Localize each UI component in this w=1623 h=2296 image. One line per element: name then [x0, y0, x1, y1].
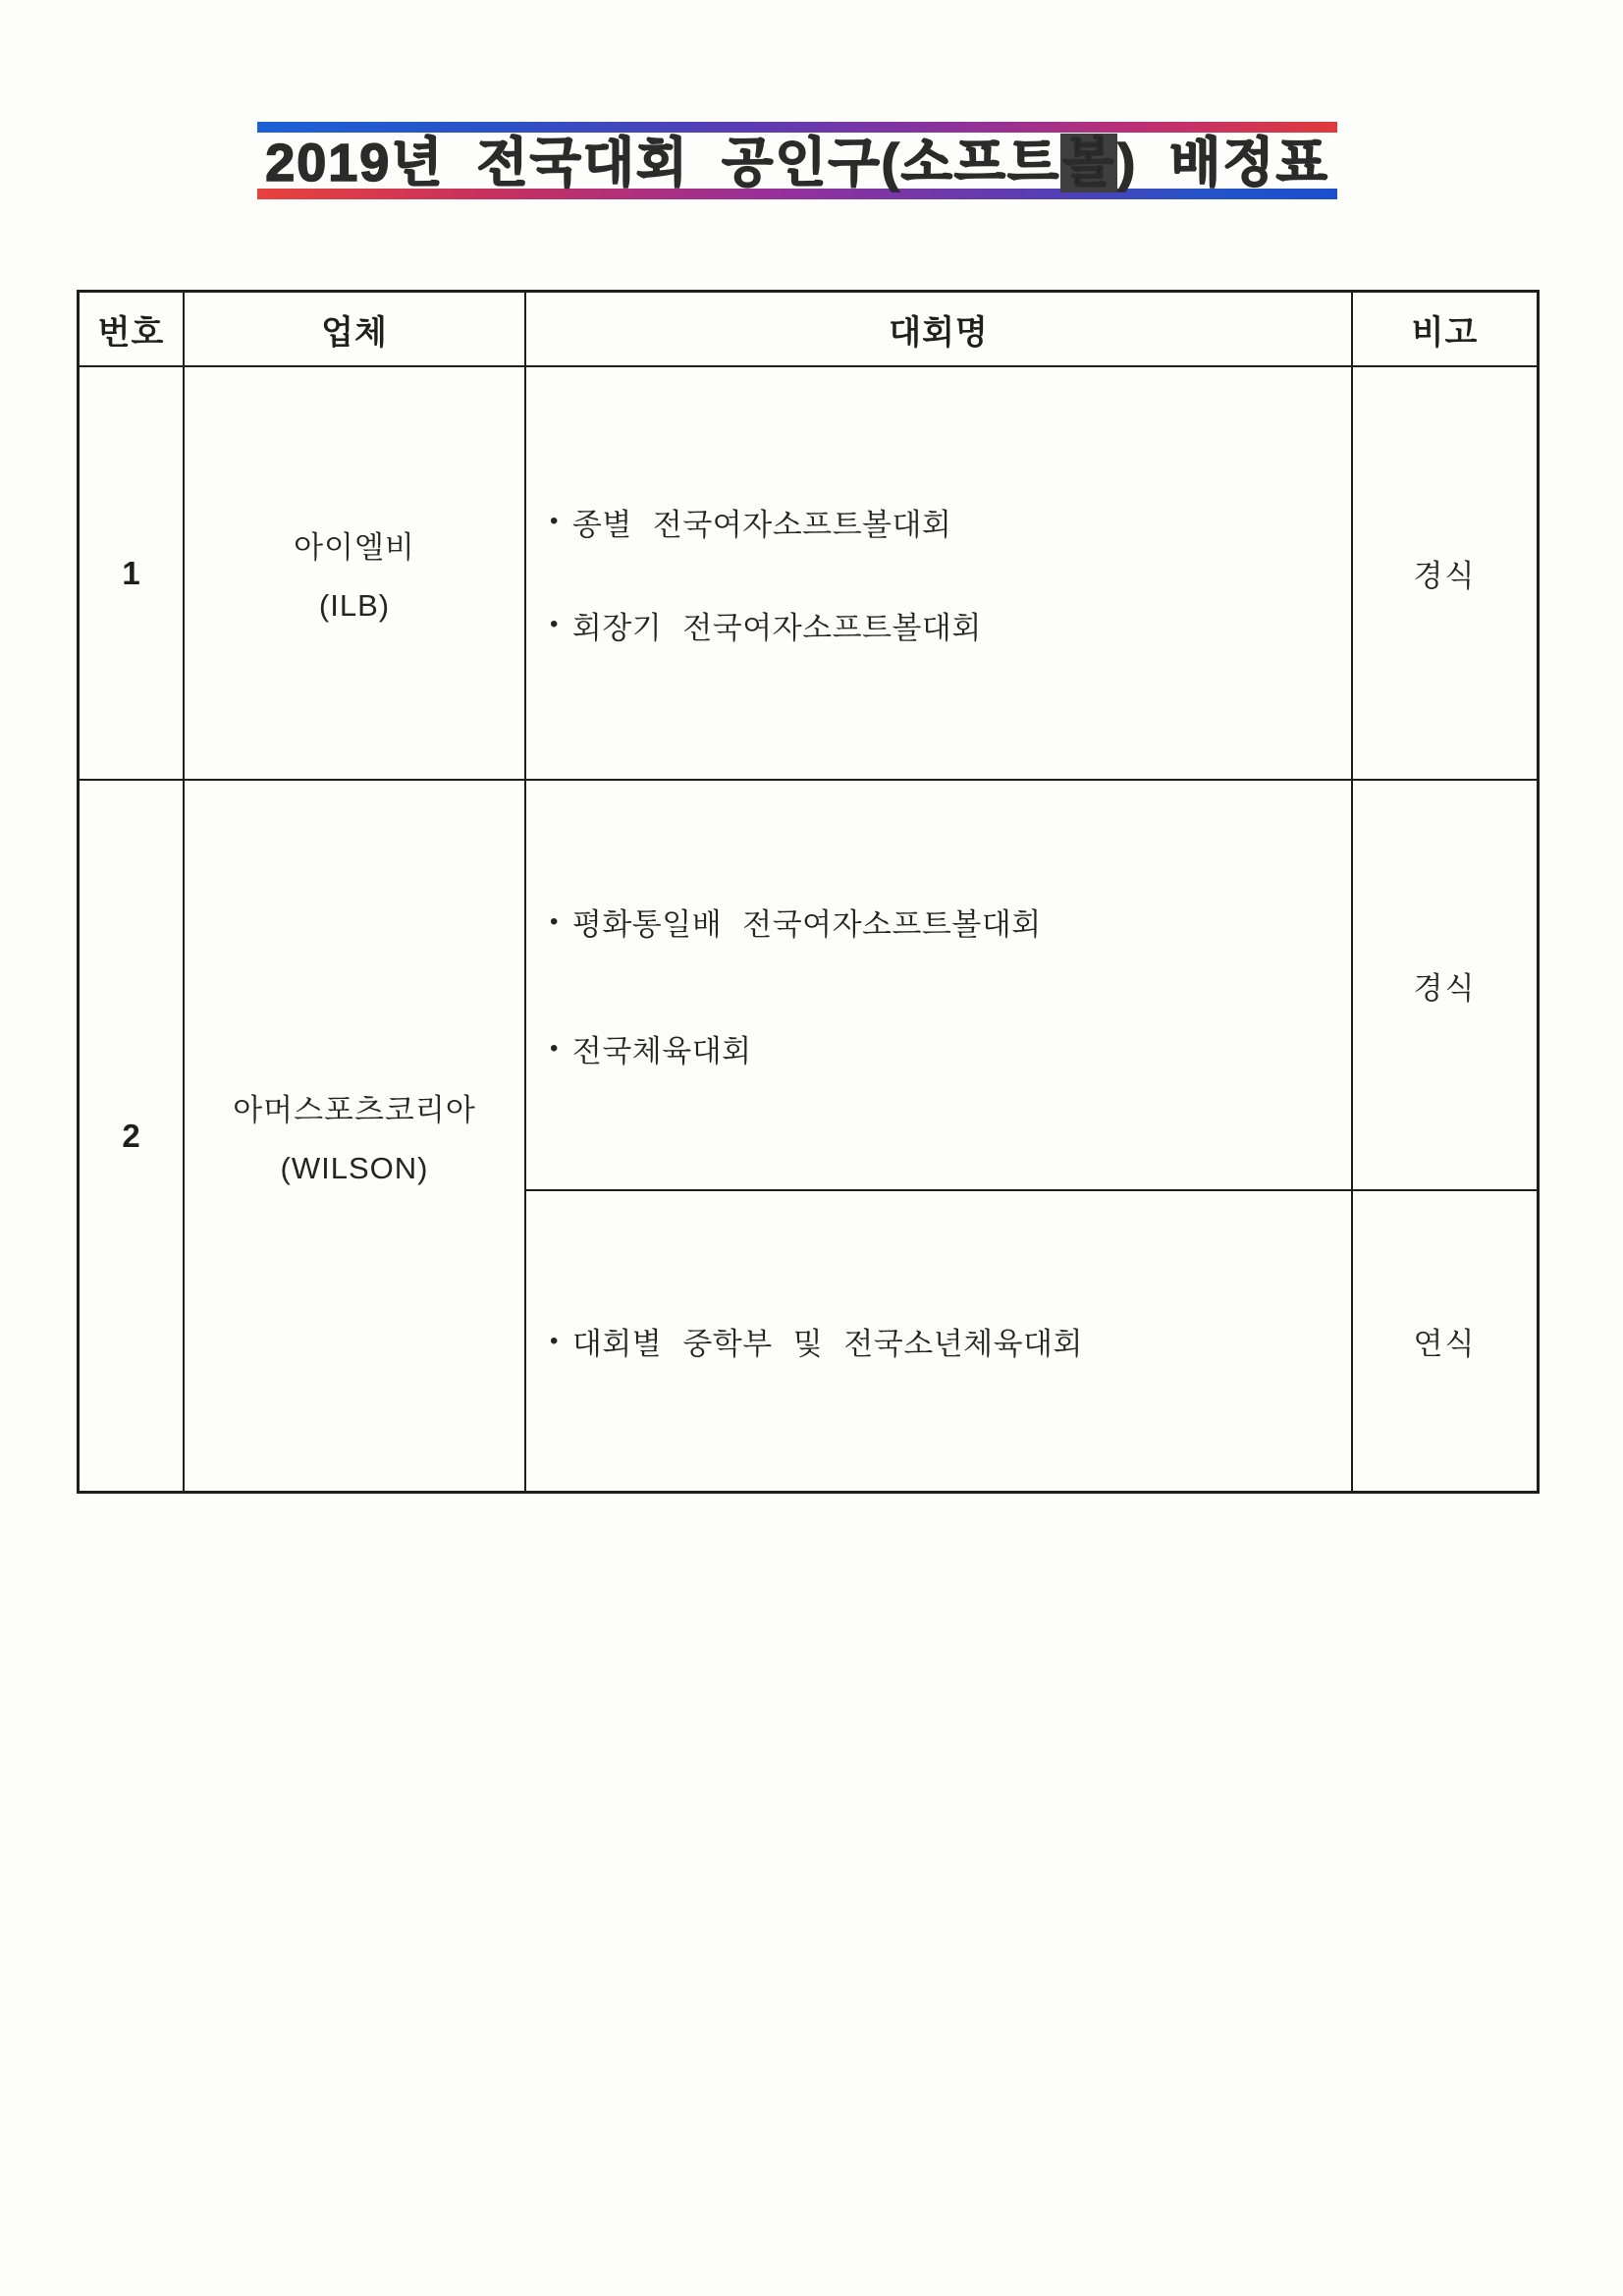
event-text: 평화통일배 전국여자소프트볼대회 — [572, 900, 1042, 944]
row2-number-cell: 2 — [80, 781, 185, 1491]
page-title-before: 2019년 전국대회 공인구(소프트 — [265, 134, 1060, 192]
row2b-remark-cell: 연식 — [1353, 1191, 1537, 1491]
header-cell-remark: 비고 — [1353, 293, 1537, 367]
row2-company-code: (WILSON) — [281, 1151, 429, 1186]
bullet-marker: • — [550, 1328, 559, 1355]
event-line: • 대회별 중학부 및 전국소년체육대회 — [550, 1319, 1351, 1363]
row1-company-name: 아이엘비 — [294, 522, 415, 567]
allocation-table: 번호 업체 대회명 비고 1 아이엘비 (ILB) • 종별 전국여자소프트볼대… — [77, 290, 1540, 1494]
document-page: 2019년 전국대회 공인구(소프트볼) 배정표 번호 업체 대회명 비고 1 … — [0, 0, 1623, 2296]
bullet-marker: • — [550, 908, 559, 936]
row2-company-name: 아머스포츠코리아 — [233, 1085, 476, 1129]
row2a-events-cell: • 평화통일배 전국여자소프트볼대회 • 전국체육대회 — [526, 781, 1353, 1191]
header-cell-company: 업체 — [185, 293, 526, 367]
event-text: 종별 전국여자소프트볼대회 — [572, 500, 951, 544]
bullet-marker: • — [550, 611, 559, 638]
event-text: 회장기 전국여자소프트볼대회 — [572, 603, 982, 647]
row1-company-code: (ILB) — [319, 588, 390, 624]
header-cell-event: 대회명 — [526, 293, 1353, 367]
title-gradient-bar-top — [257, 122, 1337, 133]
event-line: • 전국체육대회 — [550, 1026, 1351, 1070]
row1-company-cell: 아이엘비 (ILB) — [185, 367, 526, 781]
row2-company-cell: 아머스포츠코리아 (WILSON) — [185, 781, 526, 1491]
event-line: • 종별 전국여자소프트볼대회 — [550, 500, 1351, 544]
title-banner: 2019년 전국대회 공인구(소프트볼) 배정표 — [257, 122, 1337, 199]
event-text: 대회별 중학부 및 전국소년체육대회 — [572, 1319, 1083, 1363]
row1-events-cell: • 종별 전국여자소프트볼대회 • 회장기 전국여자소프트볼대회 — [526, 367, 1353, 781]
row1-remark-cell: 경식 — [1353, 367, 1537, 781]
page-title-highlight: 볼 — [1060, 134, 1117, 192]
event-text: 전국체육대회 — [572, 1026, 752, 1070]
event-line: • 평화통일배 전국여자소프트볼대회 — [550, 900, 1351, 944]
header-cell-no: 번호 — [80, 293, 185, 367]
row2b-events-cell: • 대회별 중학부 및 전국소년체육대회 — [526, 1191, 1353, 1491]
row2a-remark-cell: 경식 — [1353, 781, 1537, 1191]
row1-number-cell: 1 — [80, 367, 185, 781]
bullet-marker: • — [550, 508, 559, 535]
page-title: 2019년 전국대회 공인구(소프트볼) 배정표 — [257, 136, 1337, 191]
event-line: • 회장기 전국여자소프트볼대회 — [550, 603, 1351, 647]
bullet-marker: • — [550, 1035, 559, 1063]
page-title-after: ) 배정표 — [1117, 134, 1328, 192]
